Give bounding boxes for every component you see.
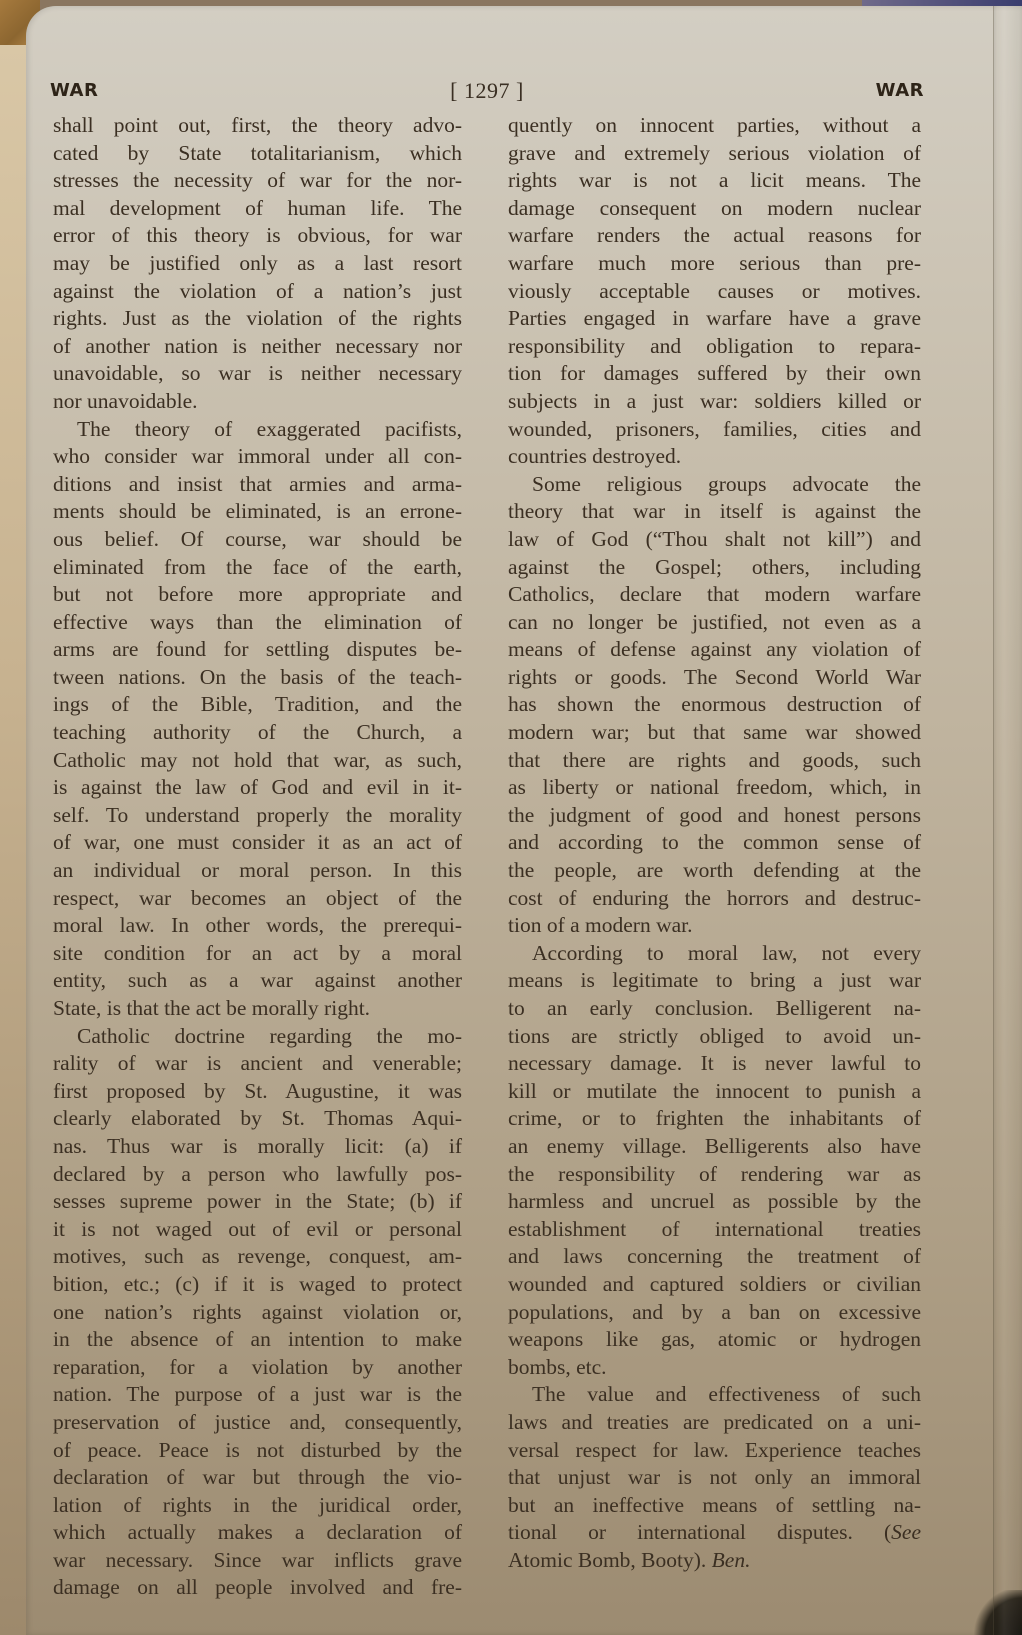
text-line: teaching authority of the Church, a	[53, 719, 462, 747]
text-line: rights. Just as the violation of the rig…	[53, 305, 462, 333]
text-line: warfare renders the actual reasons for	[508, 222, 921, 250]
text-line: cated by State totalitarianism, which	[53, 140, 462, 168]
text-line: preservation of justice and, consequentl…	[53, 1409, 462, 1437]
underlying-page-edge	[0, 45, 28, 1635]
text-line: Atomic Bomb, Booty).	[508, 1548, 712, 1572]
text-line: can no longer be justified, not even as …	[508, 609, 921, 637]
paragraph-start-line: The value and effectiveness of such	[508, 1381, 921, 1409]
right-column: quently on innocent parties, without a g…	[508, 112, 921, 1574]
text-line: crime, or to frighten the inhabitants of	[508, 1105, 921, 1133]
text-line: of peace. Peace is not disturbed by the	[53, 1437, 462, 1465]
text-line: harmless and uncruel as possible by the	[508, 1188, 921, 1216]
left-column: shall point out, first, the theory advo-…	[53, 112, 462, 1602]
text-line: respect, war becomes an object of the	[53, 885, 462, 913]
text-line: effective ways than the elimination of	[53, 609, 462, 637]
text-line: damage consequent on modern nuclear	[508, 195, 921, 223]
text-line: tion of a modern war.	[508, 912, 921, 940]
cross-reference-end-line: Atomic Bomb, Booty). Ben.	[508, 1547, 921, 1575]
text-line: site condition for an act by a moral	[53, 940, 462, 968]
text-line: lation of rights in the juridical order,	[53, 1492, 462, 1520]
text-line: which actually makes a declaration of	[53, 1519, 462, 1547]
text-line: Parties engaged in warfare have a grave	[508, 305, 921, 333]
text-line: modern war; but that same war showed	[508, 719, 921, 747]
text-line: bition, etc.; (c) if it is waged to prot…	[53, 1271, 462, 1299]
text-line: against the violation of a nation’s just	[53, 278, 462, 306]
running-header: WAR [ 1297 ] WAR	[50, 78, 924, 106]
text-line: as liberty or national freedom, which, i…	[508, 774, 921, 802]
text-line: but an ineffective means of settling na-	[508, 1492, 921, 1520]
text-line: eliminated from the face of the earth,	[53, 554, 462, 582]
text-line: that unjust war is not only an immoral	[508, 1464, 921, 1492]
text-line: declaration of war but through the vio-	[53, 1464, 462, 1492]
text-line: subjects in a just war: soldiers killed …	[508, 388, 921, 416]
text-line: wounded, prisoners, families, cities and	[508, 416, 921, 444]
text-line: theory that war in itself is against the	[508, 498, 921, 526]
text-line: motives, such as revenge, conquest, am-	[53, 1243, 462, 1271]
text-line: cost of enduring the horrors and destruc…	[508, 885, 921, 913]
text-line: Catholic may not hold that war, as such,	[53, 747, 462, 775]
text-line: means is legitimate to bring a just war	[508, 967, 921, 995]
text-line: damage on all people involved and fre-	[53, 1574, 462, 1602]
text-line: mal development of human life. The	[53, 195, 462, 223]
text-line: clearly elaborated by St. Thomas Aqui-	[53, 1105, 462, 1133]
text-line: may be justified only as a last resort	[53, 250, 462, 278]
text-line: tional or international disputes. (	[508, 1520, 891, 1544]
text-line: Catholics, declare that modern warfare	[508, 581, 921, 609]
text-line: arms are found for settling disputes be-	[53, 636, 462, 664]
text-line: but not before more appropriate and	[53, 581, 462, 609]
text-line: versal respect for law. Experience teach…	[508, 1437, 921, 1465]
text-line: an individual or moral person. In this	[53, 857, 462, 885]
text-line: establishment of international treaties	[508, 1216, 921, 1244]
author-signature: Ben.	[712, 1548, 751, 1572]
text-line: the responsibility of rendering war as	[508, 1161, 921, 1189]
text-line: entity, such as a war against another	[53, 967, 462, 995]
text-line: is against the law of God and evil in it…	[53, 774, 462, 802]
text-line: nation. The purpose of a just war is the	[53, 1381, 462, 1409]
text-line: tion for damages suffered by their own	[508, 360, 921, 388]
text-line: that there are rights and goods, such	[508, 747, 921, 775]
text-line: ings of the Bible, Tradition, and the	[53, 691, 462, 719]
text-line: kill or mutilate the innocent to punish …	[508, 1078, 921, 1106]
paragraph-start-line: The theory of exaggerated pacifists,	[53, 416, 462, 444]
text-line: the people, are worth defending at the	[508, 857, 921, 885]
text-line: bombs, etc.	[508, 1354, 921, 1382]
text-line: sesses supreme power in the State; (b) i…	[53, 1188, 462, 1216]
text-line: ments should be eliminated, is an errone…	[53, 498, 462, 526]
text-line: an enemy village. Belligerents also have	[508, 1133, 921, 1161]
text-line: who consider war immoral under all con-	[53, 443, 462, 471]
running-head-right: WAR	[876, 80, 924, 101]
text-line: nor unavoidable.	[53, 388, 462, 416]
text-line: tions are strictly obliged to avoid un-	[508, 1023, 921, 1051]
text-line: to an early conclusion. Belligerent na-	[508, 995, 921, 1023]
text-line: State, is that the act be morally right.	[53, 995, 462, 1023]
text-line: viously acceptable causes or motives.	[508, 278, 921, 306]
text-line: war necessary. Since war inflicts grave	[53, 1547, 462, 1575]
text-line: means of defense against any violation o…	[508, 636, 921, 664]
text-line: weapons like gas, atomic or hydrogen	[508, 1326, 921, 1354]
text-line: moral law. In other words, the prerequi-	[53, 912, 462, 940]
text-line: of war, one must consider it as an act o…	[53, 829, 462, 857]
text-line: rality of war is ancient and venerable;	[53, 1050, 462, 1078]
text-line: and laws concerning the treatment of	[508, 1243, 921, 1271]
text-line: error of this theory is obvious, for war	[53, 222, 462, 250]
text-line: wounded and captured soldiers or civilia…	[508, 1271, 921, 1299]
text-line: ditions and insist that armies and arma-	[53, 471, 462, 499]
text-line: law of God (“Thou shalt not kill”) and	[508, 526, 921, 554]
thumb-shadow	[972, 1590, 1022, 1635]
cross-reference-line: tional or international disputes. (See	[508, 1519, 921, 1547]
text-line: unavoidable, so war is neither necessary	[53, 360, 462, 388]
text-line: quently on innocent parties, without a	[508, 112, 921, 140]
text-line: self. To understand properly the moralit…	[53, 802, 462, 830]
text-line: declared by a person who lawfully pos-	[53, 1161, 462, 1189]
text-line: countries destroyed.	[508, 443, 921, 471]
text-line: one nation’s rights against violation or…	[53, 1299, 462, 1327]
text-line: shall point out, first, the theory advo-	[53, 112, 462, 140]
text-line: reparation, for a violation by another	[53, 1354, 462, 1382]
paragraph-start-line: Some religious groups advocate the	[508, 471, 921, 499]
text-line: responsibility and obligation to repara-	[508, 333, 921, 361]
text-line: rights war is not a licit means. The	[508, 167, 921, 195]
text-line: of another nation is neither necessary n…	[53, 333, 462, 361]
text-line: populations, and by a ban on excessive	[508, 1299, 921, 1327]
see-also-label: See	[891, 1520, 921, 1544]
paragraph-start-line: Catholic doctrine regarding the mo-	[53, 1023, 462, 1051]
text-line: stresses the necessity of war for the no…	[53, 167, 462, 195]
text-line: warfare much more serious than pre-	[508, 250, 921, 278]
page-number: [ 1297 ]	[50, 78, 924, 104]
text-line: first proposed by St. Augustine, it was	[53, 1078, 462, 1106]
text-line: rights or goods. The Second World War	[508, 664, 921, 692]
text-line: in the absence of an intention to make	[53, 1326, 462, 1354]
text-line: and according to the common sense of	[508, 829, 921, 857]
text-line: laws and treaties are predicated on a un…	[508, 1409, 921, 1437]
text-line: necessary damage. It is never lawful to	[508, 1050, 921, 1078]
text-line: tween nations. On the basis of the teach…	[53, 664, 462, 692]
paragraph-start-line: According to moral law, not every	[508, 940, 921, 968]
text-line: the judgment of good and honest persons	[508, 802, 921, 830]
text-line: grave and extremely serious violation of	[508, 140, 921, 168]
text-line: has shown the enormous destruction of	[508, 691, 921, 719]
text-line: against the Gospel; others, including	[508, 554, 921, 582]
text-line: ous belief. Of course, war should be	[53, 526, 462, 554]
text-line: nas. Thus war is morally licit: (a) if	[53, 1133, 462, 1161]
text-line: it is not waged out of evil or personal	[53, 1216, 462, 1244]
